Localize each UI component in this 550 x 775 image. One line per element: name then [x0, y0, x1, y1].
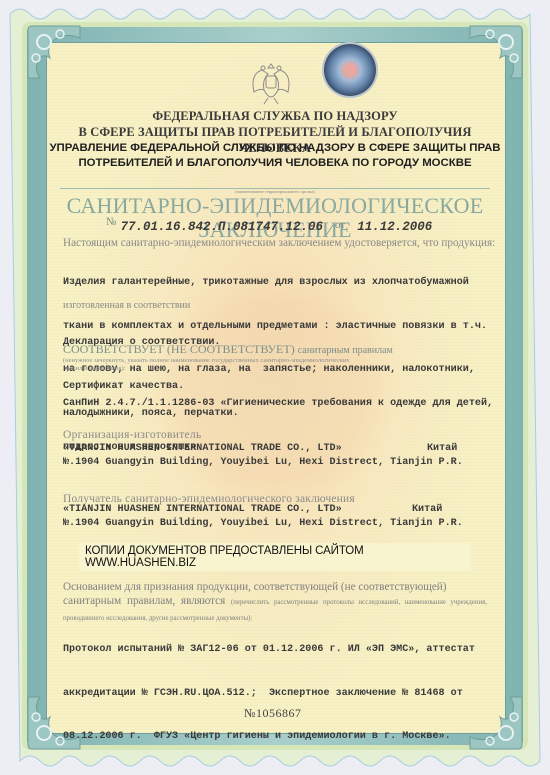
copyright-watermark: КОПИИ ДОКУМЕНТОВ ПРЕДОСТАВЛЕНЫ САЙТОМ WW… [79, 545, 471, 568]
ornament-corner-icon [466, 22, 526, 82]
department-title-line-1: УПРАВЛЕНИЕ ФЕДЕРАЛЬНОЙ СЛУЖБЫ ПО НАДЗОРУ… [46, 141, 504, 156]
product-line: Изделия галантерейные, трикотажные для в… [63, 276, 487, 291]
department-title-line-2: ПОТРЕБИТЕЛЕЙ И БЛАГОПОЛУЧИЯ ЧЕЛОВЕКА ПО … [46, 156, 504, 171]
conformity-main: СООТВЕТСТВУЕТ (НЕ СООТВЕТСТВУЕТ) [63, 342, 295, 356]
agency-title-line-1: ФЕДЕРАЛЬНАЯ СЛУЖБА ПО НАДЗОРУ [46, 108, 504, 124]
conformity-suffix: санитарным правилам [298, 345, 393, 356]
hologram-seal-icon [324, 44, 376, 96]
manufacturer-name: «TIANJIN HUASHEN INTERNATIONAL TRADE CO.… [63, 442, 342, 457]
department-title: УПРАВЛЕНИЕ ФЕДЕРАЛЬНОЙ СЛУЖБЫ ПО НАДЗОРУ… [46, 141, 504, 171]
basis-document-line: Протокол испытаний № ЗАГ12-06 от 01.12.2… [63, 643, 475, 658]
document-number-line: № 77.01.16.842.П.081747.12.06 от 11.12.2… [106, 216, 432, 235]
serial-number: №1056867 [244, 706, 301, 721]
conformity-statement: СООТВЕТСТВУЕТ (НЕ СООТВЕТСТВУЕТ) санитар… [63, 342, 393, 357]
basis-line: Основанием для признания продукции, соот… [63, 580, 487, 594]
ornament-corner-icon [466, 693, 526, 753]
russian-coat-of-arms-icon [248, 58, 294, 108]
sanitary-rules-line: СанПиН 2.4.7./1.1.1286-03 «Гигиенические… [63, 397, 493, 412]
manufacturer-country: Китай [427, 442, 457, 457]
basis-line: санитарным правилам, являются [63, 595, 225, 607]
document-number: 77.01.16.842.П.081747.12.06 [121, 220, 324, 234]
document-date: 11.12.2006 [357, 220, 432, 234]
conformity-note-line: (ненужное зачеркнуть, указать полное наи… [63, 357, 350, 365]
recipient-name: «TIANJIN HUASHEN INTERNATIONAL TRADE CO.… [63, 503, 342, 518]
basis-document-line: аккредитации № ГСЭН.RU.ЦОА.512.; Эксперт… [63, 687, 475, 702]
watermark-text: КОПИИ ДОКУМЕНТОВ ПРЕДОСТАВЛЕНЫ САЙТОМ WW… [79, 543, 471, 571]
ornament-corner-icon [24, 22, 84, 82]
manufacturer-label: Организация-изготовитель [63, 429, 202, 441]
basis-document-line: 08.12.2006 г. ФГУЗ «Центр гигиены и эпид… [63, 730, 475, 745]
manufacturer-address: №.1904 Guangyin Building, Youyibei Lu, H… [63, 456, 463, 471]
date-prefix: от [335, 219, 345, 231]
recipient-country: Китай [412, 503, 442, 518]
basis-documents: Протокол испытаний № ЗАГ12-06 от 01.12.2… [63, 614, 475, 759]
recipient-address: №.1904 Guangyin Building, Youyibei Lu, H… [63, 517, 463, 532]
number-sign: № [106, 216, 117, 228]
